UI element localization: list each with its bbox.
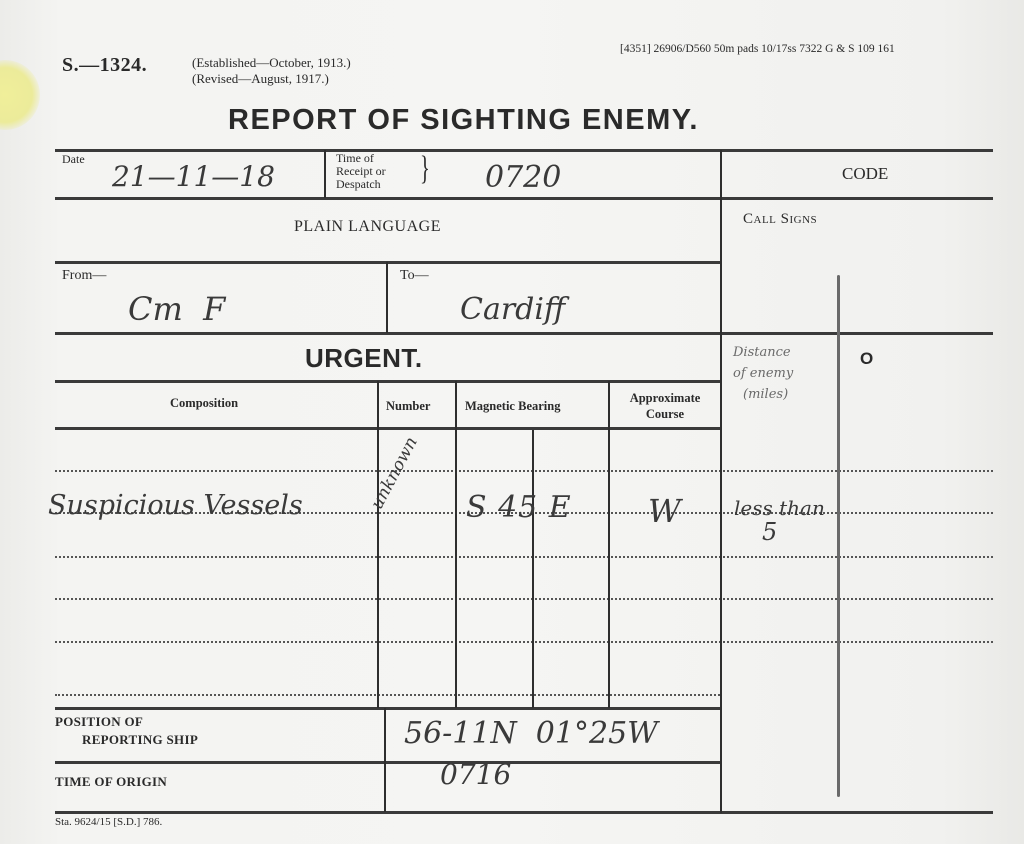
plain-language-label: PLAIN LANGUAGE [294, 218, 441, 236]
time-of-receipt-value[interactable]: 0720 [485, 160, 561, 195]
from-label: From— [62, 268, 106, 284]
dotted-rule [55, 694, 720, 696]
position-label-line2: REPORTING SHIP [82, 732, 198, 748]
brace-glyph: } [420, 150, 430, 188]
column-header-composition: Composition [170, 396, 238, 411]
column-header-approximate-course: Approximate Course [612, 390, 718, 422]
distance-label-line1: Distance [733, 342, 793, 363]
rule-from-to-divider [386, 262, 388, 333]
position-label-line1: POSITION OF [55, 714, 143, 730]
pencil-line [837, 275, 840, 797]
distance-value-line2[interactable]: 5 [762, 518, 777, 546]
course-value[interactable]: W [648, 492, 681, 530]
form-number: S.—1324. [62, 54, 147, 77]
rule-col-course [608, 381, 610, 708]
distance-value-line1[interactable]: less than [734, 496, 825, 520]
bearing-value[interactable]: S 45 E [466, 490, 572, 525]
date-value[interactable]: 21—11—18 [112, 160, 275, 193]
to-label: To— [400, 268, 429, 284]
column-header-number: Number [386, 399, 430, 414]
station-reference: Sta. 9624/15 [S.D.] 786. [55, 816, 162, 828]
position-value[interactable]: 56-11N 01°25W [404, 716, 658, 751]
rule-date-bottom [55, 197, 993, 200]
column-header-magnetic-bearing: Magnetic Bearing [465, 399, 560, 414]
distance-label-line3: (miles) [733, 384, 793, 405]
call-signs-label: Call Signs [743, 211, 817, 228]
time-of-origin-label: TIME OF ORIGIN [55, 774, 167, 790]
time-label-line3: Despatch [336, 178, 386, 191]
time-of-receipt-label: Time of Receipt or Despatch [336, 152, 386, 191]
urgent-label: URGENT. [305, 343, 423, 374]
to-value[interactable]: Cardiff [460, 292, 565, 327]
distance-label: Distance of enemy (miles) [733, 342, 793, 405]
dotted-rule [55, 470, 993, 472]
dotted-rule [55, 598, 993, 600]
rule-table-bottom [55, 707, 720, 710]
code-label: CODE [842, 164, 888, 184]
rule-table-header-bottom [55, 427, 720, 430]
rule-col-bearing-split [532, 430, 534, 708]
rule-position-bottom [55, 761, 720, 764]
rule-top [55, 149, 993, 152]
rule-right-panel [720, 150, 722, 813]
rule-col-bearing [455, 381, 457, 708]
page-title: REPORT OF SIGHTING ENEMY. [228, 104, 699, 137]
revised-note: (Revised—August, 1917.) [192, 71, 329, 86]
rule-col-number [377, 381, 379, 708]
established-note: (Established—October, 1913.) [192, 55, 351, 70]
distance-label-line2: of enemy [733, 363, 793, 384]
composition-value[interactable]: Suspicious Vessels [48, 490, 303, 521]
date-label: Date [62, 152, 85, 167]
rule-date-divider [324, 150, 326, 198]
dotted-rule [55, 556, 993, 558]
rule-from-bottom [55, 332, 993, 335]
rule-position-divider [384, 708, 386, 812]
print-info: [4351] 26906/D560 50m pads 10/17ss 7322 … [620, 43, 895, 55]
rule-bottom [55, 811, 993, 814]
rule-urgent-bottom [55, 380, 720, 383]
from-value[interactable]: Cm F [128, 290, 225, 328]
time-of-origin-value[interactable]: 0716 [440, 758, 511, 791]
distance-marker: O [860, 349, 873, 369]
dotted-rule [55, 641, 993, 643]
